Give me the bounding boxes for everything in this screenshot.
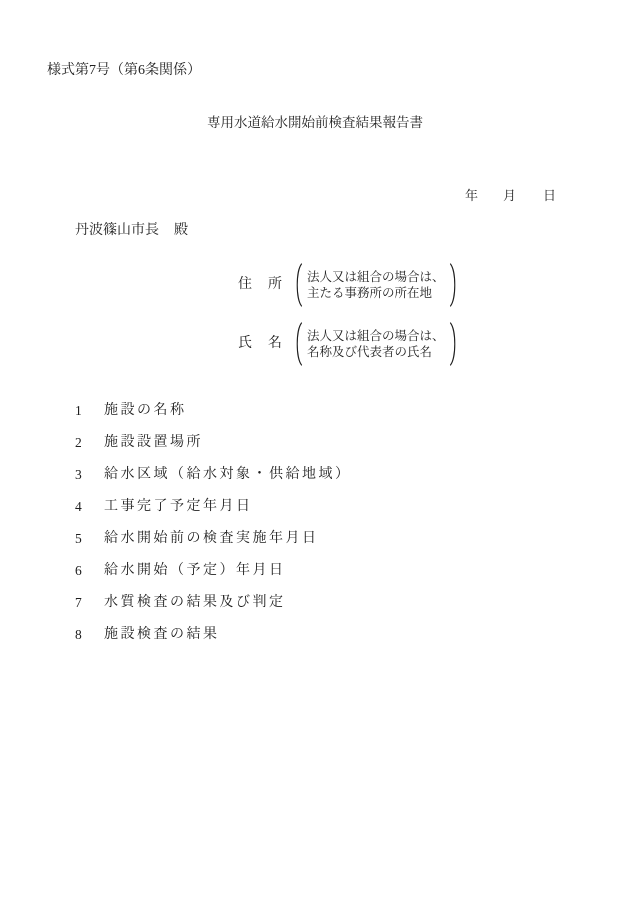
- bracket-close-icon: [449, 263, 458, 307]
- list-item: 4工事完了予定年月日: [75, 491, 352, 523]
- item-number: 1: [75, 404, 104, 418]
- list-item: 2施設設置場所: [75, 427, 352, 459]
- item-list: 1施設の名称 2施設設置場所 3給水区域（給水対象・供給地域） 4工事完了予定年…: [75, 395, 352, 651]
- bracket-open-icon: [294, 322, 303, 366]
- bracket-open-icon: [294, 263, 303, 307]
- name-note-line2: 名称及び代表者の氏名: [307, 344, 445, 361]
- item-number: 6: [75, 564, 104, 578]
- item-number: 7: [75, 596, 104, 610]
- item-label: 給水開始（予定）年月日: [104, 564, 286, 578]
- item-label: 水質検査の結果及び判定: [104, 596, 286, 610]
- item-number: 5: [75, 532, 104, 546]
- date-month-label: 月: [503, 188, 516, 203]
- list-item: 8施設検査の結果: [75, 619, 352, 651]
- item-number: 3: [75, 468, 104, 482]
- page-title: 専用水道給水開始前検査結果報告書: [0, 116, 630, 130]
- item-label: 工事完了予定年月日: [104, 500, 253, 514]
- address-note-line2: 主たる事務所の所在地: [307, 285, 445, 302]
- address-label: 住所: [238, 278, 298, 292]
- addressee-line: 丹波篠山市長殿: [75, 224, 188, 238]
- name-note-line1: 法人又は組合の場合は、: [307, 328, 445, 345]
- list-item: 5給水開始前の検査実施年月日: [75, 523, 352, 555]
- list-item: 6給水開始（予定）年月日: [75, 555, 352, 587]
- date-day-label: 日: [543, 188, 556, 203]
- address-note-line1: 法人又は組合の場合は、: [307, 269, 445, 286]
- addressee-name: 丹波篠山市長: [75, 223, 159, 238]
- addressee-honorific: 殿: [174, 223, 188, 238]
- form-number: 様式第7号（第6条関係）: [47, 64, 201, 78]
- list-item: 1施設の名称: [75, 395, 352, 427]
- item-label: 施設検査の結果: [104, 628, 220, 642]
- bracket-close-icon: [449, 322, 458, 366]
- item-number: 2: [75, 436, 104, 450]
- address-field-row: 住所 法人又は組合の場合は、 主たる事務所の所在地: [238, 263, 458, 307]
- document-page: 様式第7号（第6条関係） 専用水道給水開始前検査結果報告書 年月日 丹波篠山市長…: [0, 0, 630, 903]
- item-label: 施設の名称: [104, 404, 187, 418]
- list-item: 7水質検査の結果及び判定: [75, 587, 352, 619]
- item-number: 4: [75, 500, 104, 514]
- name-field-row: 氏名 法人又は組合の場合は、 名称及び代表者の氏名: [238, 322, 458, 366]
- address-note: 法人又は組合の場合は、 主たる事務所の所在地: [307, 269, 445, 302]
- date-line: 年月日: [465, 189, 556, 202]
- item-label: 給水区域（給水対象・供給地域）: [104, 468, 352, 482]
- list-item: 3給水区域（給水対象・供給地域）: [75, 459, 352, 491]
- name-note: 法人又は組合の場合は、 名称及び代表者の氏名: [307, 328, 445, 361]
- item-label: 給水開始前の検査実施年月日: [104, 532, 319, 546]
- name-label: 氏名: [238, 337, 298, 351]
- date-year-label: 年: [465, 188, 478, 203]
- item-number: 8: [75, 628, 104, 642]
- item-label: 施設設置場所: [104, 436, 203, 450]
